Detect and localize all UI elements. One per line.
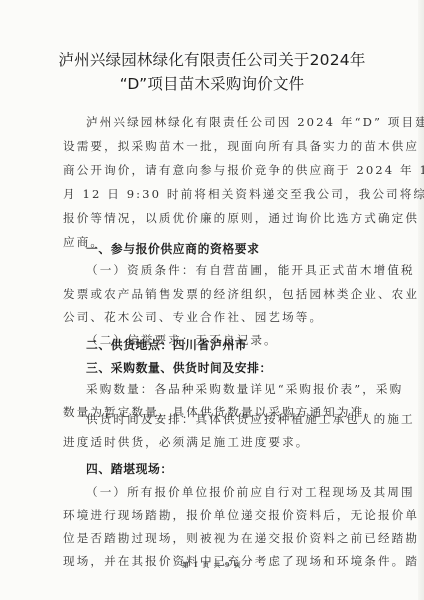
document-title-line-1: 泸州兴绿园林绿化有限责任公司关于2024年 (0, 48, 424, 70)
section-3-line: 进度适时供货，必须满足施工进度要求。 (63, 434, 359, 450)
section-3-heading: 三、采购数量、供货时间及安排： (86, 359, 272, 376)
intro-line: 月 12 日 9:30 时前将相关资料递交至我公司，我公司将综合 (63, 186, 359, 202)
document-page: 泸州兴绿园林绿化有限责任公司关于2024年 “D”项目苗木采购询价文件 泸州兴绿… (0, 0, 424, 600)
section-3-line: 采购数量：各品种采购数量详见“采购报价表”，采购 (86, 381, 359, 397)
section-1-line: 公司、花木公司、专业合作社、园艺场等。 (63, 309, 359, 325)
intro-line: 报价等情况，以质优价廉的原则，通过询价比选方式确定供 (63, 210, 359, 226)
intro-line: 泸州兴绿园林绿化有限责任公司因 2024 年“D” 项目建 (86, 114, 359, 130)
section-2-heading: 二、供货地点：四川省泸州市 (86, 336, 247, 353)
section-4-heading: 四、踏堪现场： (86, 460, 173, 477)
page-number: 第 1 页 共 9 页 (0, 560, 424, 569)
section-3-line: 供货时间及安排：具体供货应按种植施工承包人的施工 (86, 411, 359, 427)
section-1-line: （一）资质条件：有自营苗圃，能开具正式苗木增值税 (86, 262, 359, 278)
section-1-heading: 一、参与报价供应商的资格要求 (86, 240, 260, 257)
section-4-line: 环境进行现场踏勘，报价单位递交报价资料后，无论报价单 (63, 507, 359, 523)
intro-line: 设需要，拟采购苗木一批，现面向所有具备实力的苗木供应 (63, 138, 359, 154)
section-4-line: （一）所有报价单位报价前应自行对工程现场及其周围 (86, 484, 359, 500)
section-4-line: 位是否踏勘过现场，则被视为在递交报价资料之前已经踏勘 (63, 530, 359, 546)
section-1-line: 发票或农产品销售发票的经济组织，包括园林类企业、农业 (63, 286, 359, 302)
intro-line: 商公开询价，请有意向参与报价竞争的供应商于 2024 年 10 (63, 162, 359, 178)
document-title-line-2: “D”项目苗木采购询价文件 (0, 72, 424, 94)
